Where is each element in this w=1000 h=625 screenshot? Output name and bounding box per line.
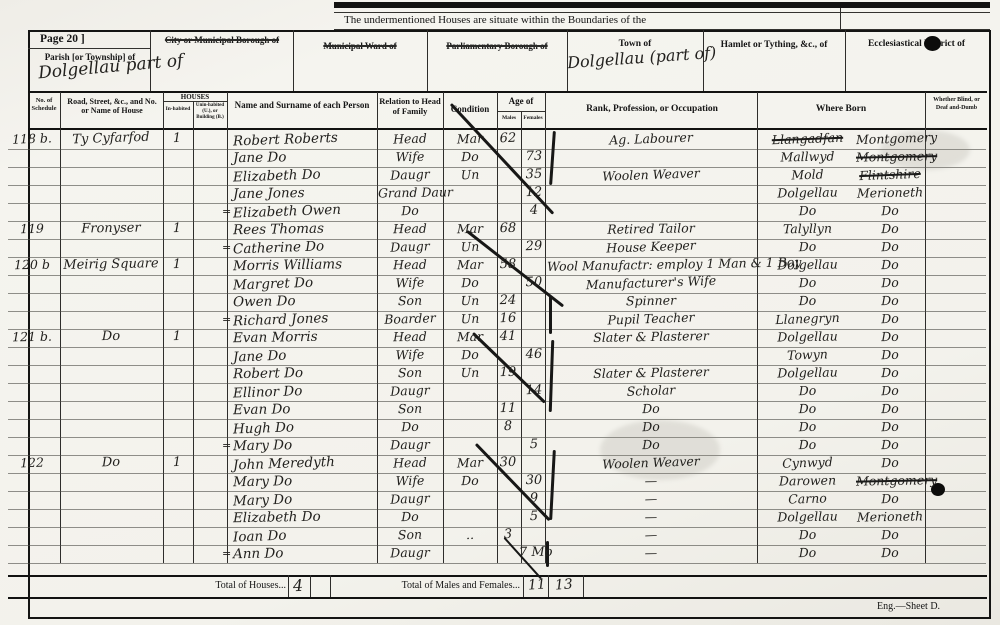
top-edge-bar — [334, 2, 990, 8]
cell-bp: Do — [759, 525, 857, 545]
cell-bc: Do — [856, 274, 925, 293]
cell-bp: Do — [759, 436, 856, 455]
totals-top-line — [8, 575, 987, 577]
cell-name: Ann Do — [233, 544, 375, 563]
cell-cond: Mar — [444, 130, 497, 149]
totals-cell-line — [330, 575, 331, 597]
cell-name-prefix-mark: = — [222, 241, 231, 254]
cell-inh: 1 — [163, 257, 191, 274]
cell-m: 8 — [495, 419, 522, 437]
cell-f: 4 — [519, 202, 550, 220]
cell-bc: Montgomery — [856, 130, 925, 149]
cell-f: 12 — [519, 185, 549, 203]
cell-rel: Daugr — [378, 544, 442, 562]
cell-rel: Daugr — [378, 166, 443, 185]
cell-name-prefix-mark: = — [222, 313, 231, 326]
cell-m: 41 — [495, 329, 521, 346]
col-header-relation: Relation to Head of Family — [379, 96, 441, 116]
cell-bp: Dolgellau — [759, 364, 856, 383]
cell-bc: Do — [856, 526, 925, 545]
cell-inh: 1 — [163, 329, 191, 346]
total-females-value: 13 — [554, 576, 573, 593]
cell-name-prefix-mark: = — [222, 547, 231, 560]
cell-sched: 122 — [6, 454, 59, 473]
cell-house: Meirig Square — [60, 256, 162, 275]
totals-bottom-line — [8, 597, 987, 599]
total-males-value: 11 — [527, 576, 546, 593]
cell-cond: Mar — [444, 454, 497, 473]
cell-f: 14 — [519, 382, 550, 400]
total-houses-value: 4 — [293, 576, 304, 596]
cell-bc: Do — [856, 292, 924, 310]
boundary-box-top — [334, 12, 990, 13]
cell-house: Ty Cyfarfod — [60, 129, 163, 150]
col-header-schedule: No. of Schedule — [28, 97, 60, 113]
boundary-line-text: The undermentioned Houses are situate wi… — [344, 14, 646, 26]
cell-bp: Dolgellau — [759, 508, 856, 527]
col-header-road: Road, Street, &c., and No. or Name of Ho… — [64, 97, 160, 115]
cell-bc: Do — [856, 436, 924, 454]
cell-house: Do — [60, 453, 163, 474]
cell-bc: Montgomery — [856, 148, 924, 166]
row-rule-line — [8, 563, 986, 564]
field-hamlet-label: Hamlet or Tything, &c., of — [705, 40, 843, 50]
cell-cond: Mar — [444, 221, 496, 239]
cell-house: Do — [60, 328, 162, 347]
cell-cond: Do — [444, 149, 496, 167]
cell-cond: Un — [444, 238, 497, 257]
col-header-name: Name and Surname of each Person — [232, 100, 372, 111]
cell-rel: Head — [378, 328, 442, 346]
col-line — [60, 92, 61, 563]
houses-sub-line — [163, 101, 227, 102]
cell-m: 16 — [495, 311, 522, 329]
cell-bp: Do — [759, 417, 857, 437]
col-line — [163, 92, 164, 563]
cell-bp: Mallwyd — [759, 148, 856, 167]
cell-rel: Daugr — [378, 490, 443, 509]
cell-bp: Do — [759, 381, 857, 401]
col-header-males: Males — [497, 115, 521, 121]
cell-bp: Talyllyn — [759, 220, 856, 239]
cell-f: 73 — [519, 149, 549, 167]
cell-f: 50 — [519, 274, 550, 292]
totals-cell-line — [310, 575, 311, 597]
totals-cell-line — [583, 575, 584, 597]
cell-cond: Un — [444, 293, 496, 311]
cell-m: 24 — [495, 293, 521, 310]
cell-cond: Do — [444, 473, 496, 491]
cell-cond: Un — [444, 166, 497, 185]
cell-bc: Do — [856, 328, 924, 346]
col-line — [227, 92, 228, 563]
cell-bp: Llanegryn — [759, 309, 857, 329]
cell-bc: Do — [856, 220, 924, 238]
field-parliamentary-borough-label: Parliamentary Borough of — [429, 41, 565, 51]
cell-sched: 118 b. — [6, 130, 59, 149]
cell-rel: Wife — [378, 346, 443, 365]
cell-bc: Do — [856, 418, 925, 437]
cell-bp: Dolgellau — [759, 328, 856, 347]
cell-bp: Cynwyd — [759, 453, 857, 473]
census-sheet-scan: The undermentioned Houses are situate wi… — [0, 0, 1000, 625]
col-line — [193, 101, 194, 563]
cell-cond: .. — [444, 526, 497, 545]
cell-rel: Wife — [378, 472, 442, 490]
cell-bp: Carno — [759, 489, 857, 509]
cell-bc: Do — [856, 544, 924, 562]
totals-cell-line — [523, 575, 524, 597]
cell-rel: Daugr — [378, 382, 443, 401]
cell-occ: — — [547, 543, 755, 564]
cell-cond: Mar — [444, 257, 496, 275]
cell-bc: Merioneth — [856, 184, 924, 202]
cell-cond: Do — [444, 346, 497, 365]
total-houses-label: Total of Houses... — [150, 580, 286, 591]
cell-bc: Do — [856, 346, 925, 365]
col-header-houses: HOUSES — [163, 93, 227, 101]
header-divider — [845, 30, 846, 92]
cell-rel: Grand Daur — [378, 184, 442, 202]
cell-bc: Montgomery — [856, 472, 924, 490]
col-header-blind: Whether Blind, or Deaf and-Dumb — [927, 97, 986, 112]
field-ecclesiastical-label: Ecclesiastical District of — [847, 39, 986, 49]
cell-sched: 121 b. — [6, 329, 58, 347]
cell-m: 30 — [495, 455, 522, 473]
cell-bp: Do — [759, 201, 857, 221]
cell-rel: Do — [378, 202, 443, 221]
cell-bp: Llangadfan — [759, 129, 857, 149]
cell-bp: Dolgellau — [759, 256, 856, 275]
cell-f: 5 — [519, 509, 549, 527]
field-city-borough-label: City or Municipal Borough of — [152, 35, 292, 45]
col-header-females: Females — [521, 115, 545, 121]
cell-bc: Do — [856, 256, 924, 274]
cell-bc: Flintshire — [856, 166, 925, 185]
col-header-born: Where Born — [757, 104, 925, 114]
cell-f: 29 — [519, 238, 550, 256]
cell-bp: Mold — [759, 165, 857, 185]
cell-house: Fronyser — [60, 220, 162, 239]
cell-rel: Son — [378, 526, 443, 545]
boundary-box-divider — [840, 8, 841, 29]
cell-f: 5 — [519, 437, 549, 455]
total-mf-label: Total of Males and Females... — [360, 580, 520, 591]
cell-m: 11 — [495, 401, 521, 418]
page-number-label: Page 20 ] — [40, 33, 85, 45]
cell-cond: Un — [444, 310, 497, 329]
cell-bc: Do — [856, 490, 925, 509]
cell-bc: Do — [856, 238, 925, 257]
field-municipal-ward-label: Municipal Ward of — [295, 41, 425, 51]
totals-cell-line — [548, 575, 549, 597]
cell-bc: Do — [856, 382, 925, 401]
cell-rel: Wife — [378, 148, 442, 166]
sheet-label: Eng.—Sheet D. — [877, 601, 940, 612]
cell-bc: Do — [856, 202, 925, 221]
cell-bc: Do — [856, 364, 924, 382]
cell-m: 58 — [495, 257, 521, 274]
cell-inh: 1 — [163, 131, 192, 149]
cell-inh: 1 — [163, 221, 191, 238]
cell-f: 46 — [519, 346, 550, 364]
cell-bc: Merioneth — [856, 508, 924, 526]
cell-cond: Mar — [444, 329, 496, 347]
cell-name-prefix-mark: = — [222, 439, 231, 452]
cell-rel: Son — [378, 292, 442, 310]
cell-bp: Do — [759, 273, 857, 293]
cell-name-prefix-mark: = — [222, 205, 231, 218]
cell-m: 19 — [495, 365, 521, 382]
cell-bp: Towyn — [759, 345, 857, 365]
cell-rel: Son — [378, 400, 442, 418]
cell-rel: Head — [378, 130, 443, 149]
header-divider — [427, 30, 428, 92]
cell-bp: Do — [759, 400, 856, 419]
cell-bc: Do — [856, 310, 925, 329]
cell-rel: Head — [378, 256, 442, 274]
cell-bc: Do — [856, 454, 925, 473]
cell-f: 7 Mo — [519, 545, 549, 563]
cell-rel: Head — [378, 220, 442, 238]
totals-cell-line — [288, 575, 289, 597]
col-header-uninhabited: Unin-habited (U.), or Building (B.) — [194, 103, 226, 121]
cell-rel: Boarder — [378, 310, 443, 329]
cell-bp: Do — [759, 544, 856, 563]
cell-f: 30 — [519, 473, 549, 491]
cell-sched: 120 b — [6, 257, 58, 275]
cell-f: 35 — [519, 166, 550, 184]
cell-f: 9 — [519, 490, 550, 508]
cell-cond: Un — [444, 365, 496, 383]
cell-rel: Do — [378, 508, 442, 526]
cell-sched: 119 — [6, 221, 58, 239]
cell-rel: Wife — [378, 274, 443, 293]
ink-blot-ecclesiastical — [924, 36, 941, 51]
cell-rel: Son — [378, 364, 442, 382]
cell-rel: Head — [378, 454, 443, 473]
page-label-underline — [28, 48, 150, 49]
cell-rel: Daugr — [378, 436, 442, 454]
cell-rel: Do — [378, 418, 443, 437]
cell-m: 3 — [495, 527, 522, 545]
header-divider — [293, 30, 294, 92]
cell-m: 62 — [495, 131, 522, 149]
cell-inh: 1 — [163, 455, 192, 473]
cell-m: 68 — [495, 221, 521, 238]
cell-cond: Do — [444, 274, 497, 293]
cell-bp: Darowen — [759, 472, 856, 491]
cell-bc: Do — [856, 400, 924, 418]
col-header-inhabited: In-habited — [164, 106, 192, 113]
col-header-age: Age of — [497, 96, 545, 106]
cell-rel: Daugr — [378, 238, 443, 257]
cell-bp: Dolgellau — [759, 184, 856, 203]
cell-occ: Slater & Plasterer — [547, 327, 755, 348]
cell-bp: Do — [759, 292, 856, 311]
col-header-rank: Rank, Profession, or Occupation — [547, 104, 757, 114]
